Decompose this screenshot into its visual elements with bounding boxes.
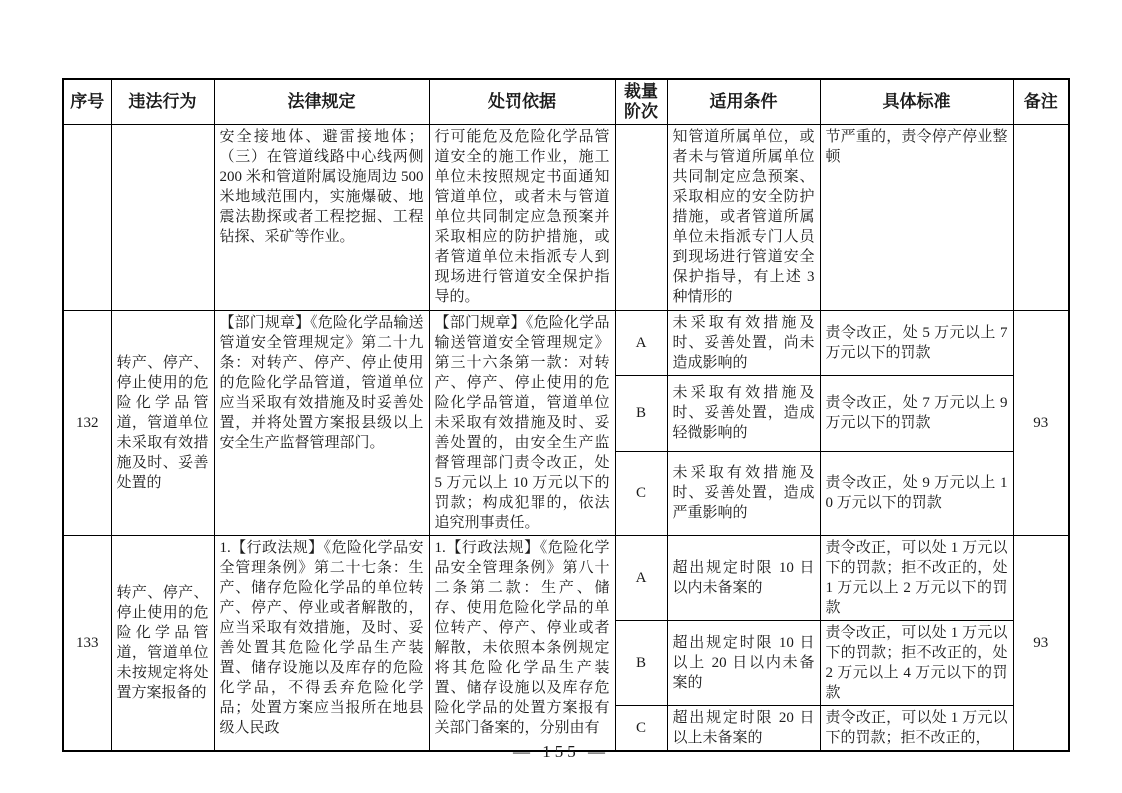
cell-132-standard-b: 责令改正，处 7 万元以上 9 万元以下的罚款 [820,376,1013,451]
cell-cont-remark [1013,125,1069,311]
header-discretion-line1: 裁量 [618,82,665,102]
cell-133-violation: 转产、停产、停止使用的危险化学品管道，管道单位未按规定将处置方案报备的 [111,536,214,752]
cell-133-law: 1.【行政法规】《危险化学品安全管理条例》第二十七条：生产、储存危险化学品的单位… [214,536,429,752]
cell-132-law: 【部门规章】《危险化学品输送管道安全管理规定》第二十九条：对转产、停产、停止使用… [214,311,429,536]
header-conditions: 适用条件 [667,79,820,125]
cell-133-standard-b: 责令改正，可以处 1 万元以下的罚款；拒不改正的，处 2 万元以上 4 万元以下… [820,621,1013,706]
cell-132-condition-b: 未采取有效措施及时、妥善处置，造成轻微影响的 [667,376,820,451]
header-violation: 违法行为 [111,79,214,125]
table-row-132-a: 132 转产、停产、停止使用的危险化学品管道，管道单位未采取有效措施及时、妥善处… [63,311,1069,376]
cell-133-standard-a: 责令改正，可以处 1 万元以下的罚款；拒不改正的，处 1 万元以上 2 万元以下… [820,536,1013,621]
header-standards: 具体标准 [820,79,1013,125]
cell-cont-condition: 知管道所属单位，或者未与管道所属单位共同制定应急预案、采取相应的安全防护措施，或… [667,125,820,311]
document-page: 序号 违法行为 法律规定 处罚依据 裁量阶次 适用条件 具体标准 备注 安全接地… [0,0,1122,793]
cell-133-level-b: B [615,621,667,706]
cell-132-penalty-basis: 【部门规章】《危险化学品输送管道安全管理规定》第三十六条第一款：对转产、停产、停… [429,311,615,536]
cell-132-remark: 93 [1013,311,1069,536]
cell-132-seq: 132 [63,311,111,536]
cell-cont-penalty-basis: 行可能危及危险化学品管道安全的施工作业，施工单位未按照规定书面通知管道单位，或者… [429,125,615,311]
cell-cont-seq [63,125,111,311]
cell-133-condition-b: 超出规定时限 10 日以上 20 日以内未备案的 [667,621,820,706]
cell-132-condition-a: 未采取有效措施及时、妥善处置，尚未造成影响的 [667,311,820,376]
cell-132-level-b: B [615,376,667,451]
table-row-continuation: 安全接地体、避雷接地体；（三）在管道线路中心线两侧 200 米和管道附属设施周边… [63,125,1069,311]
cell-133-level-a: A [615,536,667,621]
cell-cont-law: 安全接地体、避雷接地体；（三）在管道线路中心线两侧 200 米和管道附属设施周边… [214,125,429,311]
cell-132-level-c: C [615,451,667,535]
header-penalty-basis: 处罚依据 [429,79,615,125]
header-remarks: 备注 [1013,79,1069,125]
cell-132-standard-a: 责令改正，处 5 万元以上 7 万元以下的罚款 [820,311,1013,376]
header-discretion-line2: 阶次 [618,102,665,122]
cell-132-condition-c: 未采取有效措施及时、妥善处置，造成严重影响的 [667,451,820,535]
header-law: 法律规定 [214,79,429,125]
cell-133-condition-a: 超出规定时限 10 日以内未备案的 [667,536,820,621]
cell-132-standard-c: 责令改正，处 9 万元以上 10 万元以下的罚款 [820,451,1013,535]
cell-133-seq: 133 [63,536,111,752]
cell-cont-discretion [615,125,667,311]
cell-cont-standard: 节严重的，责令停产停业整顿 [820,125,1013,311]
table-header-row: 序号 违法行为 法律规定 处罚依据 裁量阶次 适用条件 具体标准 备注 [63,79,1069,125]
page-footer: — 155 — [0,742,1122,762]
header-discretion: 裁量阶次 [615,79,667,125]
cell-132-violation: 转产、停产、停止使用的危险化学品管道，管道单位未采取有效措施及时、妥善处置的 [111,311,214,536]
table-row-133-a: 133 转产、停产、停止使用的危险化学品管道，管道单位未按规定将处置方案报备的 … [63,536,1069,621]
header-seq: 序号 [63,79,111,125]
cell-cont-violation [111,125,214,311]
cell-133-penalty-basis: 1.【行政法规】《危险化学品安全管理条例》第八十二条第二款：生产、储存、使用危险… [429,536,615,752]
penalty-discretion-table: 序号 违法行为 法律规定 处罚依据 裁量阶次 适用条件 具体标准 备注 安全接地… [62,78,1070,752]
cell-133-remark: 93 [1013,536,1069,752]
cell-132-level-a: A [615,311,667,376]
